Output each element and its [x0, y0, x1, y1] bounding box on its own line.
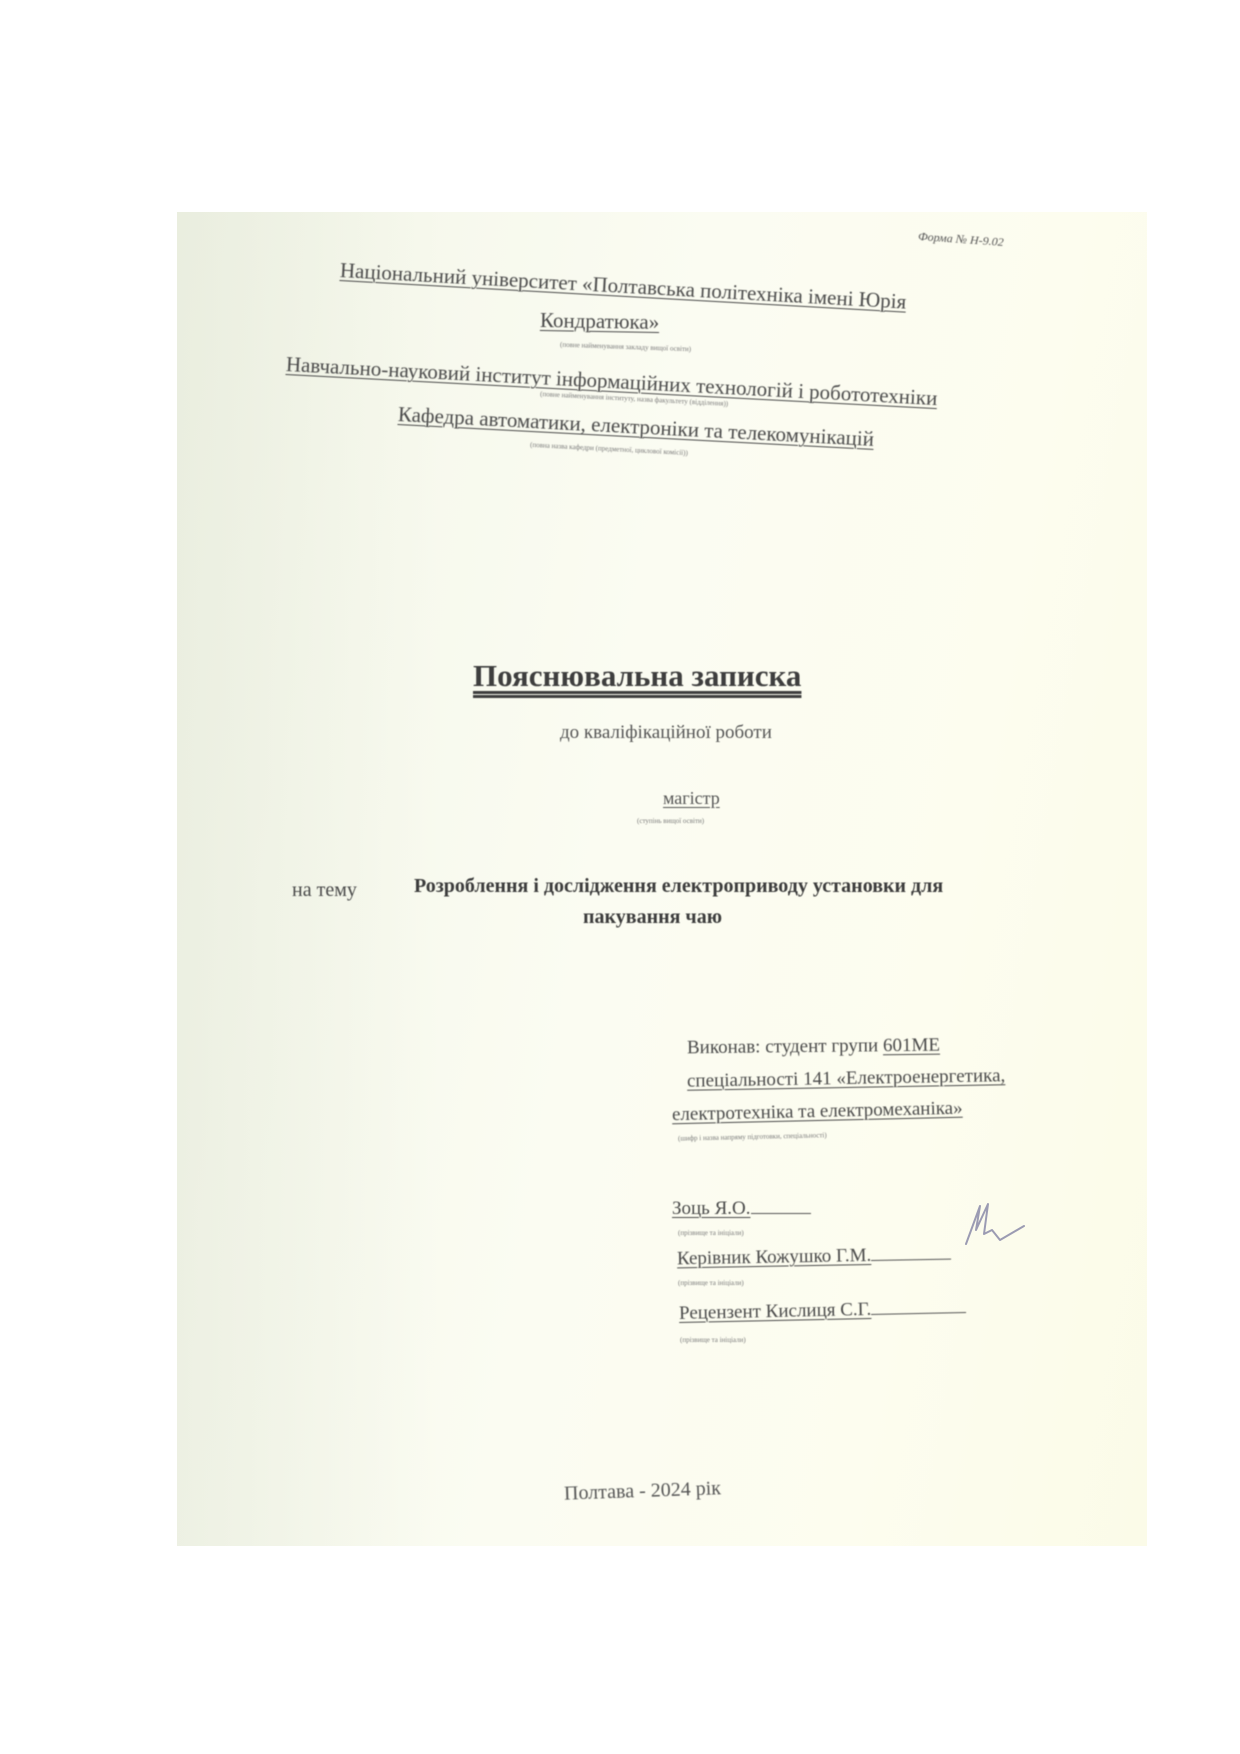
supervisor-name: Керівник Кожушко Г.М. [677, 1245, 872, 1269]
performer-line: Виконав: студент групи 601МЕ [687, 1035, 940, 1060]
document-subtitle: до кваліфікаційної роботи [560, 722, 772, 744]
supervisor-caption: (прізвище та ініціали) [678, 1279, 744, 1287]
student-signature-line: Зоць Я.О. [672, 1198, 811, 1220]
topic-label: на тему [292, 879, 357, 902]
signature-blank [871, 1312, 966, 1315]
student-group: 601МЕ [883, 1035, 940, 1057]
document-title: Пояснювальна записка [473, 658, 801, 694]
reviewer-name: Рецензент Кислиця С.Г. [679, 1299, 872, 1324]
reviewer-caption: (прізвище та ініціали) [680, 1336, 746, 1344]
degree-caption: (ступінь вищої освіти) [637, 817, 704, 825]
university-name-line2: Кондратюка» [540, 308, 660, 335]
student-name: Зоць Я.О. [672, 1198, 751, 1219]
signature-blank [751, 1213, 811, 1214]
signature-blank [871, 1259, 951, 1261]
topic-line1: Розроблення і дослідження електроприводу… [414, 875, 943, 898]
performer-label: Виконав: студент групи [687, 1035, 878, 1058]
student-name-caption: (прізвище та ініціали) [678, 1229, 744, 1237]
topic-line2: пакування чаю [583, 906, 722, 929]
handwritten-signature-icon [958, 1200, 1028, 1250]
degree: магістр [663, 788, 720, 809]
